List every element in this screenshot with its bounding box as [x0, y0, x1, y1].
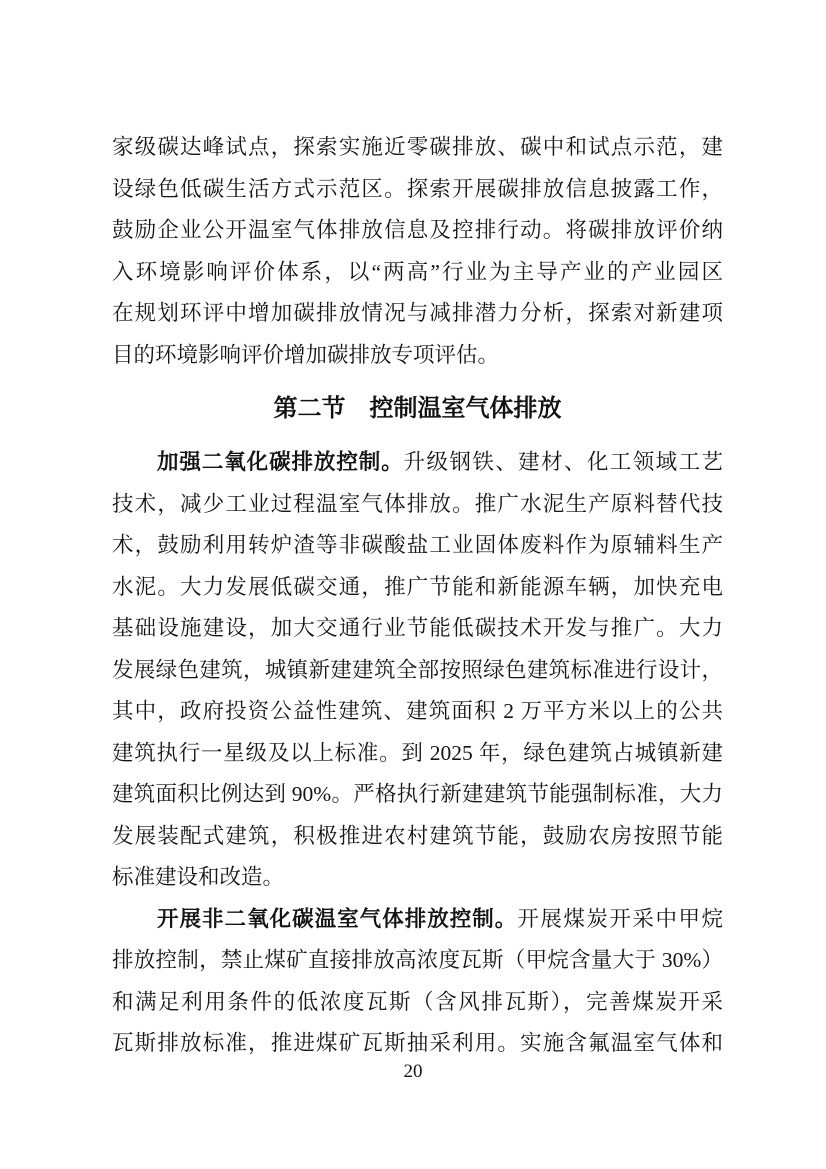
bold-text-segment: 加强二氧化碳排放控制。 [157, 450, 404, 474]
text-line: 加强二氧化碳排放控制。升级钢铁、建材、化工领域工艺 [112, 442, 723, 484]
text-line: 鼓励企业公开温室气体排放信息及控排行动。将碳排放评价纳 [112, 210, 723, 252]
text-line: 开展非二氧化碳温室气体排放控制。开展煤炭开采中甲烷 [112, 899, 723, 941]
text-line: 排放控制，禁止煤矿直接排放高浓度瓦斯（甲烷含量大于 30%） [112, 940, 723, 982]
text-segment: 鼓励企业公开温室气体排放信息及控排行动。将碳排放评价纳 [112, 218, 723, 242]
text-segment: 标准建设和改造。 [112, 865, 284, 889]
text-segment: 和满足利用条件的低浓度瓦斯（含风排瓦斯），完善煤炭开采 [112, 990, 723, 1014]
document-page: 家级碳达峰试点，探索实施近零碳排放、碳中和试点示范，建设绿色低碳生活方式示范区。… [0, 0, 826, 1169]
text-line: 技术，减少工业过程温室气体排放。推广水泥生产原料替代技 [112, 484, 723, 526]
text-segment: 设绿色低碳生活方式示范区。探索开展碳排放信息披露工作， [112, 177, 723, 201]
text-line: 设绿色低碳生活方式示范区。探索开展碳排放信息披露工作， [112, 169, 723, 211]
text-line: 入环境影响评价体系，以“两高”行业为主导产业的产业园区 [112, 252, 723, 294]
text-segment: 基础设施建设，加大交通行业节能低碳技术开发与推广。大力 [112, 616, 723, 640]
text-segment: 入环境影响评价体系，以“两高”行业为主导产业的产业园区 [112, 260, 723, 284]
text-segment: 其中，政府投资公益性建筑、建筑面积 2 万平方米以上的公共 [112, 699, 723, 723]
text-segment: 瓦斯排放标准，推进煤矿瓦斯抽采利用。实施含氟温室气体和 [112, 1031, 723, 1055]
text-segment: 发展装配式建筑，积极推进农村建筑节能，鼓励农房按照节能 [112, 824, 723, 848]
text-line: 术，鼓励利用转炉渣等非碳酸盐工业固体废料作为原辅料生产 [112, 525, 723, 567]
text-segment: 家级碳达峰试点，探索实施近零碳排放、碳中和试点示范，建 [112, 135, 723, 159]
text-line: 在规划环评中增加碳排放情况与减排潜力分析，探索对新建项 [112, 293, 723, 335]
text-segment: 水泥。大力发展低碳交通，推广节能和新能源车辆，加快充电 [112, 575, 723, 599]
text-segment: 发展绿色建筑，城镇新建建筑全部按照绿色建筑标准进行设计， [112, 658, 723, 682]
document-body: 家级碳达峰试点，探索实施近零碳排放、碳中和试点示范，建设绿色低碳生活方式示范区。… [112, 127, 723, 1065]
section-heading: 第二节 控制温室气体排放 [112, 376, 723, 442]
text-line: 建筑面积比例达到 90%。严格执行新建建筑节能强制标准，大力 [112, 774, 723, 816]
text-segment: 建筑执行一星级及以上标准。到 2025 年，绿色建筑占城镇新建 [112, 741, 723, 765]
text-segment: 排放控制，禁止煤矿直接排放高浓度瓦斯（甲烷含量大于 30%） [112, 948, 723, 972]
text-segment: 建筑面积比例达到 90%。严格执行新建建筑节能强制标准，大力 [112, 782, 723, 806]
bold-text-segment: 开展非二氧化碳温室气体排放控制。 [157, 907, 517, 931]
text-line: 和满足利用条件的低浓度瓦斯（含风排瓦斯），完善煤炭开采 [112, 982, 723, 1024]
text-line: 标准建设和改造。 [112, 857, 723, 899]
page-number: 20 [0, 1058, 826, 1086]
text-line: 水泥。大力发展低碳交通，推广节能和新能源车辆，加快充电 [112, 567, 723, 609]
text-segment: 术，鼓励利用转炉渣等非碳酸盐工业固体废料作为原辅料生产 [112, 533, 723, 557]
text-segment: 开展煤炭开采中甲烷 [517, 907, 723, 931]
text-segment: 在规划环评中增加碳排放情况与减排潜力分析，探索对新建项 [112, 301, 723, 325]
text-segment: 升级钢铁、建材、化工领域工艺 [404, 450, 723, 474]
text-line: 其中，政府投资公益性建筑、建筑面积 2 万平方米以上的公共 [112, 691, 723, 733]
text-line: 家级碳达峰试点，探索实施近零碳排放、碳中和试点示范，建 [112, 127, 723, 169]
text-line: 目的环境影响评价增加碳排放专项评估。 [112, 335, 723, 377]
text-segment: 目的环境影响评价增加碳排放专项评估。 [112, 343, 499, 367]
text-line: 发展装配式建筑，积极推进农村建筑节能，鼓励农房按照节能 [112, 816, 723, 858]
text-line: 基础设施建设，加大交通行业节能低碳技术开发与推广。大力 [112, 608, 723, 650]
text-line: 建筑执行一星级及以上标准。到 2025 年，绿色建筑占城镇新建 [112, 733, 723, 775]
text-segment: 技术，减少工业过程温室气体排放。推广水泥生产原料替代技 [112, 492, 723, 516]
text-line: 发展绿色建筑，城镇新建建筑全部按照绿色建筑标准进行设计， [112, 650, 723, 692]
